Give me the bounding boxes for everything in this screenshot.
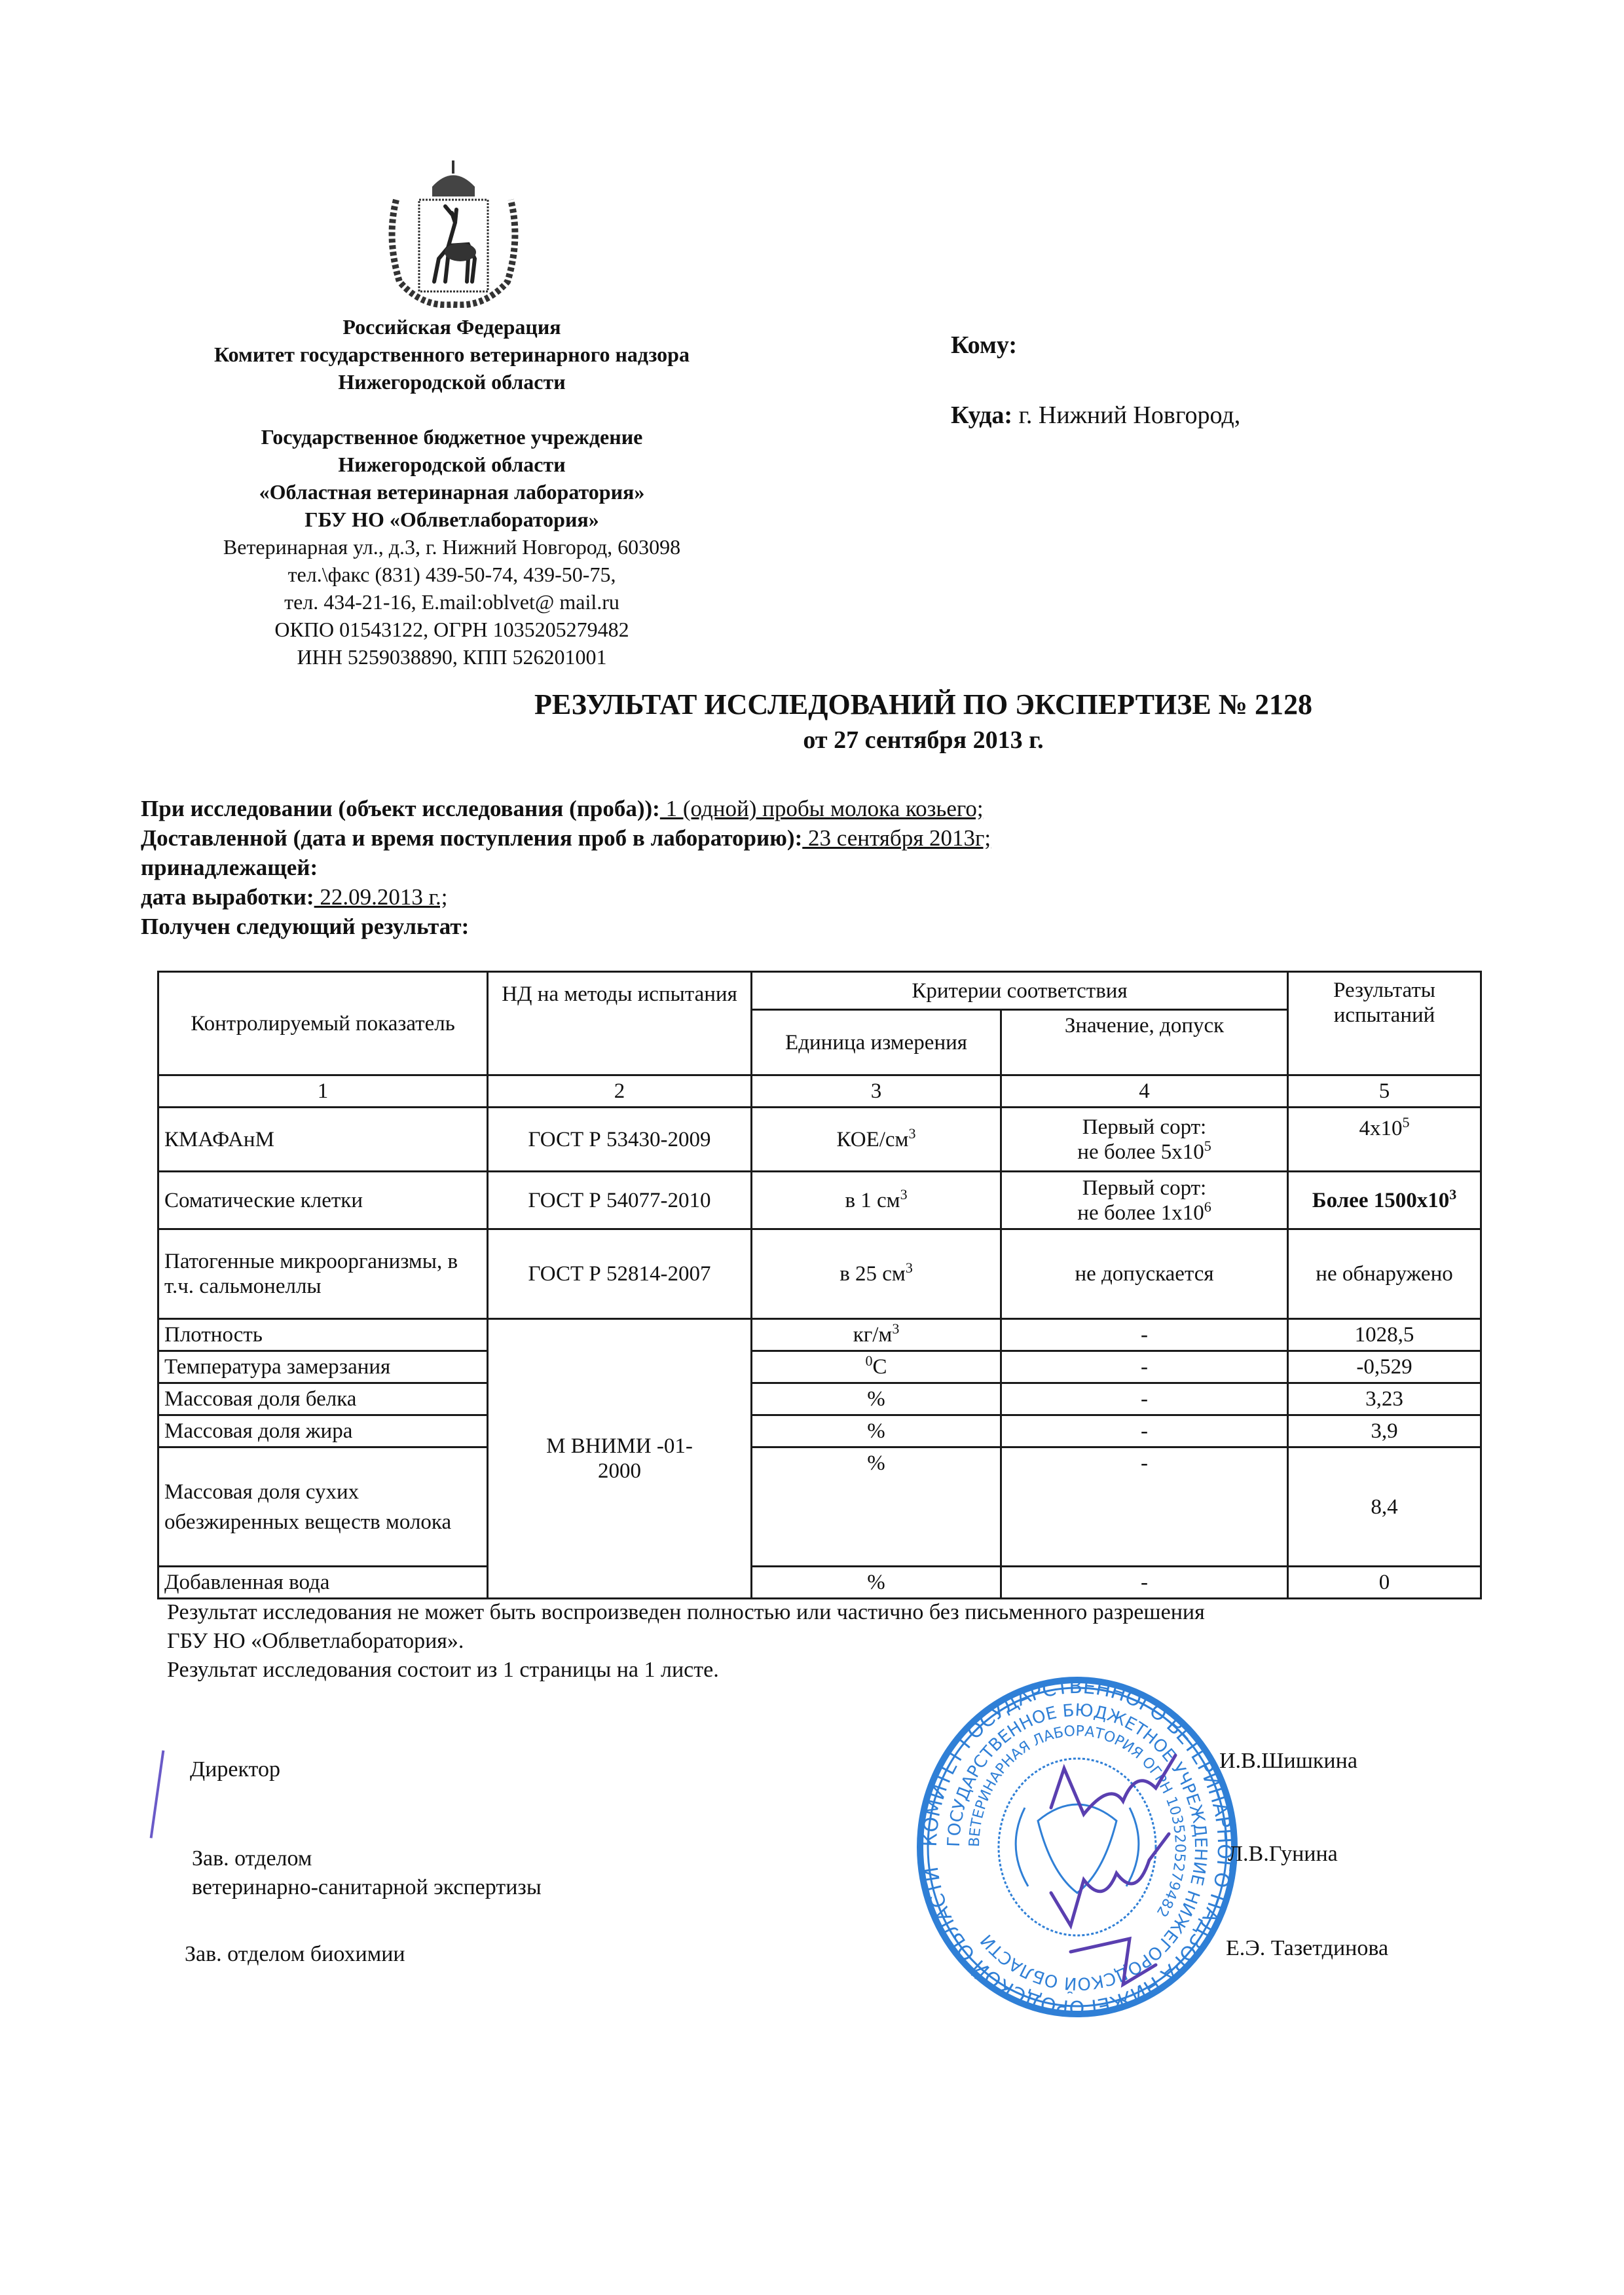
to-label: Кому: (951, 331, 1017, 359)
header-line: Российская Федерация (157, 313, 747, 341)
col-number: 2 (488, 1075, 752, 1108)
unit-exponent: 3 (892, 1320, 899, 1337)
round-seal-icon: КОМИТЕТ ГОСУДАРСТВЕННОГО ВЕТЕРИНАРНОГО Н… (913, 1677, 1241, 2017)
address-line: Ветеринарная ул., д.3, г. Нижний Новгоро… (157, 533, 747, 561)
phone-line: тел.\факс (831) 439-50-74, 439-50-75, (157, 561, 747, 588)
method-cell: ГОСТ Р 54077-2010 (488, 1172, 752, 1229)
unit-cell: % (752, 1383, 1001, 1415)
header-line: Государственное бюджетное учреждение (157, 423, 747, 451)
value-cell: - (1001, 1351, 1288, 1383)
result-cell: Более 1500x103 (1288, 1172, 1481, 1229)
signature-role-vet-sanitary: Зав. отделом ветеринарно-санитарной эксп… (192, 1844, 542, 1902)
unit-cell: в 25 см3 (752, 1229, 1001, 1319)
value-limit: не более 1x106 (1007, 1201, 1282, 1225)
table-row: Массовая доля жира % - 3,9 (158, 1415, 1481, 1447)
col-number: 5 (1288, 1075, 1481, 1108)
value-limit-text: не более 1x10 (1077, 1201, 1204, 1225)
unit-cell: % (752, 1447, 1001, 1567)
value-exponent: 5 (1204, 1138, 1211, 1154)
unit-exponent: 3 (900, 1186, 908, 1203)
col-number: 3 (752, 1075, 1001, 1108)
method-cell: ГОСТ Р 52814-2007 (488, 1229, 752, 1319)
owner-line: принадлежащей: (141, 853, 991, 882)
value-limit-text: не более 5x10 (1077, 1140, 1204, 1164)
unit-text: КОЕ/см (837, 1128, 909, 1151)
indicator-cell: Добавленная вода (158, 1567, 488, 1599)
coat-of-arms-emblem (383, 160, 524, 308)
signature-name-vet-sanitary: Л.В.Гунина (1228, 1842, 1338, 1867)
header-line: Комитет государственного ветеринарного н… (157, 341, 747, 368)
result-cell: -0,529 (1288, 1351, 1481, 1383)
table-row: Массовая доля сухих обезжиренных веществ… (158, 1447, 1481, 1567)
result-cell: не обнаружено (1288, 1229, 1481, 1319)
value-cell: - (1001, 1319, 1288, 1351)
value-cell: - (1001, 1415, 1288, 1447)
unit-cell: в 1 см3 (752, 1172, 1001, 1229)
where-value: г. Нижний Новгород, (1012, 401, 1240, 429)
role-line: Зав. отделом (192, 1844, 542, 1873)
result-cell: 0 (1288, 1567, 1481, 1599)
indicator-cell: Массовая доля белка (158, 1383, 488, 1415)
nizhny-novgorod-coat-of-arms-icon (383, 160, 524, 308)
indicator-cell: Массовая доля жира (158, 1415, 488, 1447)
delivered-label: Доставленной (дата и время поступления п… (141, 825, 802, 851)
value-cell: - (1001, 1383, 1288, 1415)
indicator-cell: Массовая доля сухих обезжиренных веществ… (158, 1447, 488, 1567)
unit-text: кг/м (853, 1323, 893, 1347)
result-cell: 8,4 (1288, 1447, 1481, 1567)
col-number: 1 (158, 1075, 488, 1108)
object-label: При исследовании (объект исследования (п… (141, 796, 660, 821)
value-grade: Первый сорт: (1007, 1176, 1282, 1201)
header-value: Значение, допуск (1001, 1010, 1288, 1075)
signature-name-biochemistry: Е.Э. Тазетдинова (1226, 1936, 1388, 1961)
result-label: Получен следующий результат: (141, 912, 991, 941)
production-line: дата выработки: 22.09.2013 г.; (141, 882, 991, 912)
shared-method-cell: М ВНИМИ -01-2000 (488, 1319, 752, 1599)
object-line: При исследовании (объект исследования (п… (141, 794, 991, 823)
document-date: от 27 сентября 2013 г. (111, 726, 1624, 755)
value-cell: не допускается (1001, 1229, 1288, 1319)
recipient-to: Кому: (951, 331, 1017, 360)
value-cell: - (1001, 1567, 1288, 1599)
indicator-cell: Плотность (158, 1319, 488, 1351)
table-row: Плотность М ВНИМИ -01-2000 кг/м3 - 1028,… (158, 1319, 1481, 1351)
director-signature-mark (150, 1750, 165, 1838)
header-results: Результаты испытаний (1288, 972, 1481, 1075)
unit-cell: 0С (752, 1351, 1001, 1383)
signature-role-biochemistry: Зав. отделом биохимии (185, 1940, 405, 1969)
header-line: Нижегородской области (157, 451, 747, 478)
signature-name-director: И.В.Шишкина (1219, 1749, 1357, 1774)
official-stamp: КОМИТЕТ ГОСУДАРСТВЕННОГО ВЕТЕРИНАРНОГО Н… (913, 1677, 1241, 2017)
results-table: Контролируемый показатель НД на методы и… (157, 971, 1482, 1599)
document-title: РЕЗУЛЬТАТ ИССЛЕДОВАНИЙ ПО ЭКСПЕРТИЗЕ № 2… (111, 688, 1624, 721)
recipient-where: Куда: г. Нижний Новгород, (951, 401, 1240, 430)
notes-block: Результат исследования не может быть вос… (167, 1598, 1205, 1685)
unit-text: С (872, 1355, 887, 1379)
delivered-value: 23 сентября 2013г; (802, 825, 991, 851)
unit-cell: % (752, 1415, 1001, 1447)
okpo-line: ОКПО 01543122, ОГРН 1035205279482 (157, 616, 747, 643)
result-cell: 4x105 (1288, 1108, 1481, 1172)
signature-role-director: Директор (190, 1755, 280, 1784)
header-line: «Областная ветеринарная лаборатория» (157, 478, 747, 506)
role-line: ветеринарно-санитарной экспертизы (192, 1873, 542, 1902)
issuer-header: Российская Федерация Комитет государстве… (157, 313, 747, 671)
unit-exponent: 3 (906, 1259, 913, 1276)
unit-cell: кг/м3 (752, 1319, 1001, 1351)
value-cell: - (1001, 1447, 1288, 1567)
result-exponent: 5 (1403, 1114, 1410, 1130)
unit-exponent: 3 (908, 1125, 915, 1142)
production-label: дата выработки: (141, 884, 314, 910)
unit-text: в 1 см (845, 1189, 900, 1212)
unit-degree-mark: 0 (865, 1353, 872, 1369)
result-text: Более 1500x10 (1312, 1189, 1449, 1212)
header-unit: Единица измерения (752, 1010, 1001, 1075)
result-cell: 3,23 (1288, 1383, 1481, 1415)
indicator-cell: Патогенные микроорганизмы, в т.ч. сальмо… (158, 1229, 488, 1319)
result-exponent: 3 (1449, 1186, 1456, 1203)
object-value: 1 (одной) пробы молока козьего; (660, 796, 984, 821)
result-cell: 3,9 (1288, 1415, 1481, 1447)
table-row: Добавленная вода % - 0 (158, 1567, 1481, 1599)
table-row: Температура замерзания 0С - -0,529 (158, 1351, 1481, 1383)
value-exponent: 6 (1204, 1199, 1211, 1215)
email-line: тел. 434-21-16, E.mail:oblvet@ mail.ru (157, 588, 747, 616)
table-row: Массовая доля белка % - 3,23 (158, 1383, 1481, 1415)
note-line: ГБУ НО «Облветлаборатория». (167, 1627, 1205, 1656)
header-line: Нижегородской области (157, 368, 747, 396)
delivered-line: Доставленной (дата и время поступления п… (141, 823, 991, 853)
production-value: 22.09.2013 г.; (314, 884, 448, 910)
indicator-cell: Температура замерзания (158, 1351, 488, 1383)
result-text: 4x10 (1359, 1117, 1403, 1140)
unit-cell: % (752, 1567, 1001, 1599)
header-method: НД на методы испытания (488, 972, 752, 1075)
indicator-cell: Соматические клетки (158, 1172, 488, 1229)
header-criteria: Критерии соответствия (752, 972, 1288, 1010)
col-number: 4 (1001, 1075, 1288, 1108)
table-row: Патогенные микроорганизмы, в т.ч. сальмо… (158, 1229, 1481, 1319)
table-row: КМАФАнМ ГОСТ Р 53430-2009 КОЕ/см3 Первый… (158, 1108, 1481, 1172)
method-cell: ГОСТ Р 53430-2009 (488, 1108, 752, 1172)
header-line: ГБУ НО «Облветлаборатория» (157, 506, 747, 533)
where-label: Куда: (951, 401, 1012, 429)
note-line: Результат исследования не может быть вос… (167, 1598, 1205, 1627)
value-cell: Первый сорт:не более 1x106 (1001, 1172, 1288, 1229)
column-number-row: 1 2 3 4 5 (158, 1075, 1481, 1108)
value-limit: не более 5x105 (1007, 1140, 1282, 1165)
intro-block: При исследовании (объект исследования (п… (141, 794, 991, 941)
value-cell: Первый сорт:не более 5x105 (1001, 1108, 1288, 1172)
header-indicator: Контролируемый показатель (158, 972, 488, 1075)
inn-line: ИНН 5259038890, КПП 526201001 (157, 643, 747, 671)
unit-text: в 25 см (840, 1262, 906, 1286)
value-grade: Первый сорт: (1007, 1115, 1282, 1140)
table-row: Соматические клетки ГОСТ Р 54077-2010 в … (158, 1172, 1481, 1229)
unit-cell: КОЕ/см3 (752, 1108, 1001, 1172)
table-header-row: Контролируемый показатель НД на методы и… (158, 972, 1481, 1010)
indicator-cell: КМАФАнМ (158, 1108, 488, 1172)
result-cell: 1028,5 (1288, 1319, 1481, 1351)
